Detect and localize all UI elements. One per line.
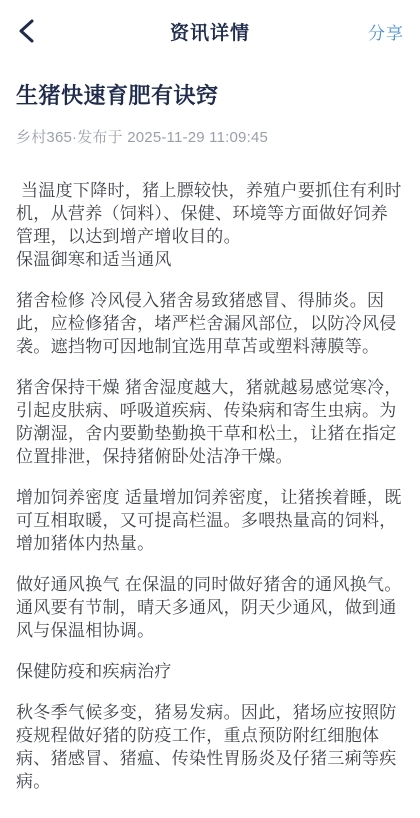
article-paragraph: 当温度下降时，猪上膘较快，养殖户要抓住有利时机，从营养（饲料）、保健、环境等方面… [16, 179, 404, 271]
article-body: 当温度下降时，猪上膘较快，养殖户要抓住有利时机，从营养（饲料）、保健、环境等方面… [16, 179, 404, 793]
article-paragraph: 增加饲养密度 适量增加饲养密度，让猪挨着睡，既可互相取暖，又可提高栏温。多喂热量… [16, 486, 404, 555]
article-meta: 乡村365·发布于 2025-11-29 11:09:45 [16, 126, 404, 147]
article-title: 生猪快速育肥有诀窍 [16, 82, 404, 110]
article-paragraph: 猪舍检修 冷风侵入猪舍易致猪感冒、得肺炎。因此，应检修猪舍，堵严栏舍漏风部位，以… [16, 289, 404, 358]
chevron-left-icon [16, 18, 38, 44]
news-detail-page: 资讯详情 分享 生猪快速育肥有诀窍 乡村365·发布于 2025-11-29 1… [0, 0, 420, 818]
article-paragraph: 秋冬季气候多变，猪易发病。因此，猪场应按照防疫规程做好猪的防疫工作，重点预防附红… [16, 701, 404, 793]
article-paragraph: 猪舍保持干燥 猪舍湿度越大，猪就越易感觉寒冷，引起皮肤病、呼吸道疾病、传染病和寄… [16, 376, 404, 468]
article-paragraph: 保健防疫和疾病治疗 [16, 660, 404, 683]
page-title: 资讯详情 [0, 18, 420, 45]
back-button[interactable] [16, 14, 50, 48]
article-paragraph: 做好通风换气 在保温的同时做好猪舍的通风换气。通风要有节制，晴天多通风，阴天少通… [16, 573, 404, 642]
share-button[interactable]: 分享 [368, 19, 404, 44]
header-bar: 资讯详情 分享 [0, 6, 420, 56]
article-container: 生猪快速育肥有诀窍 乡村365·发布于 2025-11-29 11:09:45 … [0, 82, 420, 793]
